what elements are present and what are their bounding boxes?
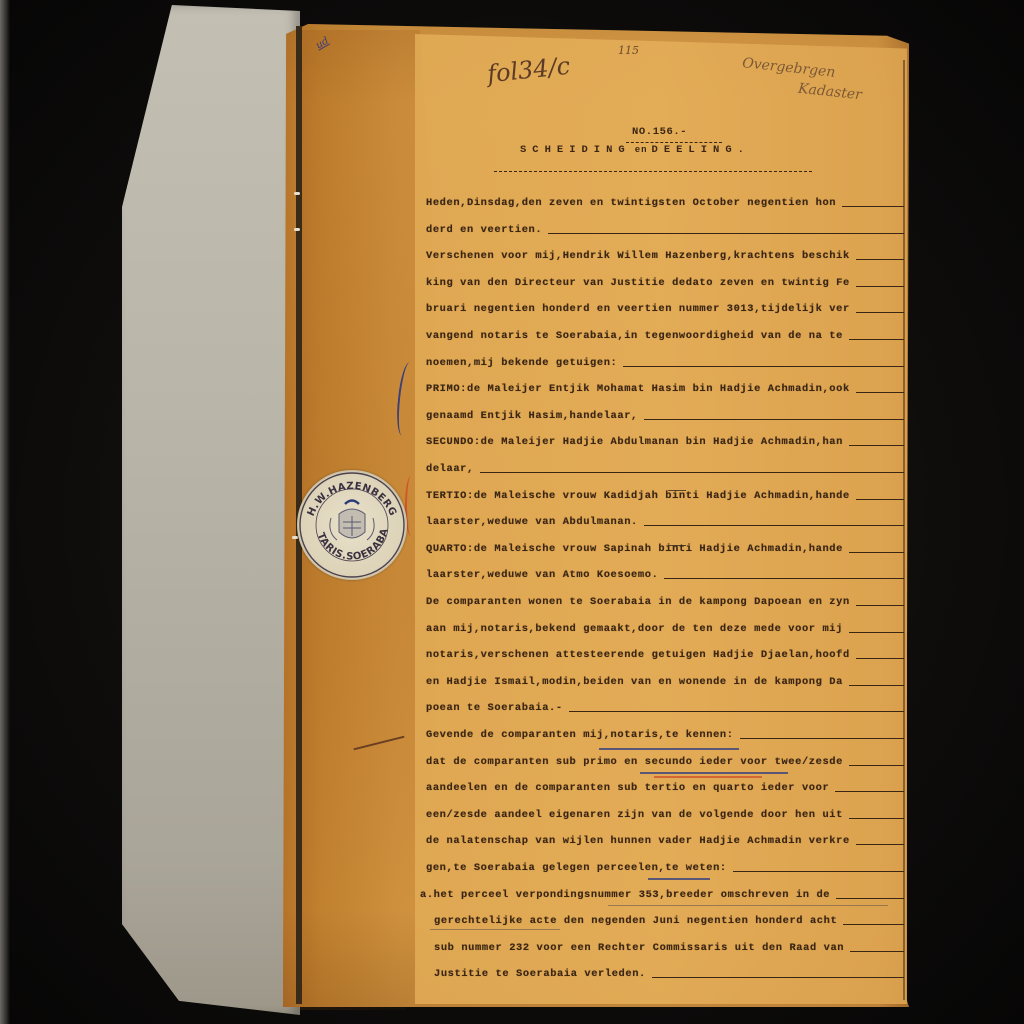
deed-line-text: bruari negentien honderd en veertien num… bbox=[426, 302, 850, 316]
fill-rule bbox=[849, 685, 904, 686]
deed-line-text: king van den Directeur van Justitie deda… bbox=[426, 276, 850, 290]
deed-line: Verschenen voor mij,Hendrik Willem Hazen… bbox=[426, 249, 904, 263]
deed-line: aandeelen en de comparanten sub tertio e… bbox=[426, 781, 904, 795]
deed-line: de nalatenschap van wijlen hunnen vader … bbox=[426, 834, 904, 848]
deed-line-text: QUARTO:de Maleische vrouw Sapinah binti … bbox=[426, 542, 843, 556]
fill-rule bbox=[733, 871, 904, 872]
deed-line: laarster,weduwe van Abdulmanan. bbox=[426, 515, 904, 529]
deed-line: delaar, bbox=[426, 462, 904, 476]
fill-rule bbox=[849, 445, 904, 446]
fill-rule bbox=[644, 419, 904, 420]
deed-line: notaris,verschenen attesteerende getuige… bbox=[426, 648, 904, 662]
deed-line: genaamd Entjik Hasim,handelaar, bbox=[426, 409, 904, 423]
deed-line: gen,te Soerabaia gelegen perceelen,te we… bbox=[426, 861, 904, 875]
fill-rule bbox=[843, 924, 904, 925]
cover-flap bbox=[122, 5, 300, 1015]
deed-body: Heden,Dinsdag,den zeven en twintigsten O… bbox=[426, 0, 904, 1024]
deed-line-text: SECUNDO:de Maleijer Hadjie Abdulmanan bi… bbox=[426, 435, 843, 449]
deed-line: Heden,Dinsdag,den zeven en twintigsten O… bbox=[426, 196, 904, 210]
fill-rule bbox=[856, 286, 904, 287]
deed-line-text: poean te Soerabaia.- bbox=[426, 701, 563, 715]
fill-rule bbox=[644, 525, 904, 526]
fill-rule bbox=[652, 977, 904, 978]
fill-rule bbox=[849, 632, 904, 633]
deed-line-text: notaris,verschenen attesteerende getuige… bbox=[426, 648, 850, 662]
deed-line-text: laarster,weduwe van Atmo Koesoemo. bbox=[426, 568, 658, 582]
fill-rule bbox=[849, 552, 904, 553]
deed-line-text: Justitie te Soerabaia verleden. bbox=[434, 967, 646, 981]
deed-line-text: delaar, bbox=[426, 462, 474, 476]
deed-line-text: derd en veertien. bbox=[426, 223, 542, 237]
fill-rule bbox=[856, 392, 904, 393]
blue-underline-primo-secundo bbox=[599, 748, 739, 750]
blue-underline-parcel-number bbox=[648, 878, 710, 880]
deed-line: PRIMO:de Maleijer Entjik Mohamat Hasim b… bbox=[426, 382, 904, 396]
deed-line-text: Gevende de comparanten mij,notaris,te ke… bbox=[426, 728, 734, 742]
deed-line-text: PRIMO:de Maleijer Entjik Mohamat Hasim b… bbox=[426, 382, 850, 396]
fill-rule bbox=[740, 738, 904, 739]
fill-rule bbox=[856, 312, 904, 313]
deed-line: derd en veertien. bbox=[426, 223, 904, 237]
deed-line-text: dat de comparanten sub primo en secundo … bbox=[426, 755, 843, 769]
pencil-underline-number bbox=[430, 929, 560, 930]
fill-rule bbox=[856, 658, 904, 659]
deed-line: een/zesde aandeel eigenaren zijn van de … bbox=[426, 808, 904, 822]
ink-mark-sapinah bbox=[668, 545, 686, 546]
fill-rule bbox=[836, 898, 904, 899]
fill-rule bbox=[664, 578, 904, 579]
fill-rule bbox=[856, 605, 904, 606]
deed-line-text: aan mij,notaris,bekend gemaakt,door de t… bbox=[426, 622, 843, 636]
fill-rule bbox=[842, 206, 904, 207]
deed-line: SECUNDO:de Maleijer Hadjie Abdulmanan bi… bbox=[426, 435, 904, 449]
deed-line: poean te Soerabaia.- bbox=[426, 701, 904, 715]
deed-line: TERTIO:de Maleische vrouw Kadidjah binti… bbox=[426, 489, 904, 503]
deed-line-text: genaamd Entjik Hasim,handelaar, bbox=[426, 409, 638, 423]
deed-line-text: De comparanten wonen te Soerabaia in de … bbox=[426, 595, 850, 609]
deed-line: Gevende de comparanten mij,notaris,te ke… bbox=[426, 728, 904, 742]
deed-line: aan mij,notaris,bekend gemaakt,door de t… bbox=[426, 622, 904, 636]
deed-line-text: aandeelen en de comparanten sub tertio e… bbox=[426, 781, 829, 795]
deed-line-text: en Hadjie Ismail,modin,beiden van en won… bbox=[426, 675, 843, 689]
fill-rule bbox=[548, 233, 904, 234]
fill-rule bbox=[849, 339, 904, 340]
ink-mark-kadidjah bbox=[668, 490, 686, 491]
deed-line: sub nummer 232 voor een Rechter Commissa… bbox=[434, 941, 904, 955]
binding-stitch bbox=[294, 192, 300, 195]
deed-line-text: laarster,weduwe van Abdulmanan. bbox=[426, 515, 638, 529]
deed-line-text: gerechtelijke acte den negenden Juni neg… bbox=[434, 914, 837, 928]
seal-graphic: H.W.HAZENBERG NOTARIS.SOERABAIA bbox=[297, 470, 407, 580]
deed-line-text: sub nummer 232 voor een Rechter Commissa… bbox=[434, 941, 844, 955]
deed-line: dat de comparanten sub primo en secundo … bbox=[426, 755, 904, 769]
deed-line-text: gen,te Soerabaia gelegen perceelen,te we… bbox=[426, 861, 727, 875]
fill-rule bbox=[849, 765, 904, 766]
deed-line: noemen,mij bekende getuigen: bbox=[426, 356, 904, 370]
pencil-underline-date bbox=[608, 905, 888, 906]
fill-rule bbox=[480, 472, 904, 473]
deed-line: a.het perceel verpondingsnummer 353,bree… bbox=[420, 888, 904, 902]
deed-line-text: de nalatenschap van wijlen hunnen vader … bbox=[426, 834, 850, 848]
deed-line-text: noemen,mij bekende getuigen: bbox=[426, 356, 617, 370]
fill-rule bbox=[849, 818, 904, 819]
deed-line: en Hadjie Ismail,modin,beiden van en won… bbox=[426, 675, 904, 689]
deed-line: vangend notaris te Soerabaia,in tegenwoo… bbox=[426, 329, 904, 343]
deed-line-text: TERTIO:de Maleische vrouw Kadidjah binti… bbox=[426, 489, 850, 503]
deed-line: king van den Directeur van Justitie deda… bbox=[426, 276, 904, 290]
red-underline-tertio-quarto bbox=[654, 776, 762, 778]
blue-underline-tertio-quarto bbox=[640, 772, 788, 774]
deed-line: Justitie te Soerabaia verleden. bbox=[434, 967, 904, 981]
fill-rule bbox=[569, 711, 904, 712]
deed-line: gerechtelijke acte den negenden Juni neg… bbox=[434, 914, 904, 928]
fill-rule bbox=[835, 791, 904, 792]
adjacent-page-edge bbox=[0, 0, 10, 1024]
deed-line: laarster,weduwe van Atmo Koesoemo. bbox=[426, 568, 904, 582]
fill-rule bbox=[850, 951, 904, 952]
deed-line-text: Heden,Dinsdag,den zeven en twintigsten O… bbox=[426, 196, 836, 210]
deed-line-text: Verschenen voor mij,Hendrik Willem Hazen… bbox=[426, 249, 850, 263]
deed-line: De comparanten wonen te Soerabaia in de … bbox=[426, 595, 904, 609]
deed-line-text: a.het perceel verpondingsnummer 353,bree… bbox=[420, 888, 830, 902]
fill-rule bbox=[856, 844, 904, 845]
deed-line: bruari negentien honderd en veertien num… bbox=[426, 302, 904, 316]
fill-rule bbox=[623, 366, 904, 367]
fill-rule bbox=[856, 259, 904, 260]
deed-line-text: vangend notaris te Soerabaia,in tegenwoo… bbox=[426, 329, 843, 343]
fill-rule bbox=[856, 499, 904, 500]
notary-seal: H.W.HAZENBERG NOTARIS.SOERABAIA bbox=[297, 470, 407, 580]
binding-stitch bbox=[294, 228, 300, 231]
deed-line: QUARTO:de Maleische vrouw Sapinah binti … bbox=[426, 542, 904, 556]
deed-line-text: een/zesde aandeel eigenaren zijn van de … bbox=[426, 808, 843, 822]
